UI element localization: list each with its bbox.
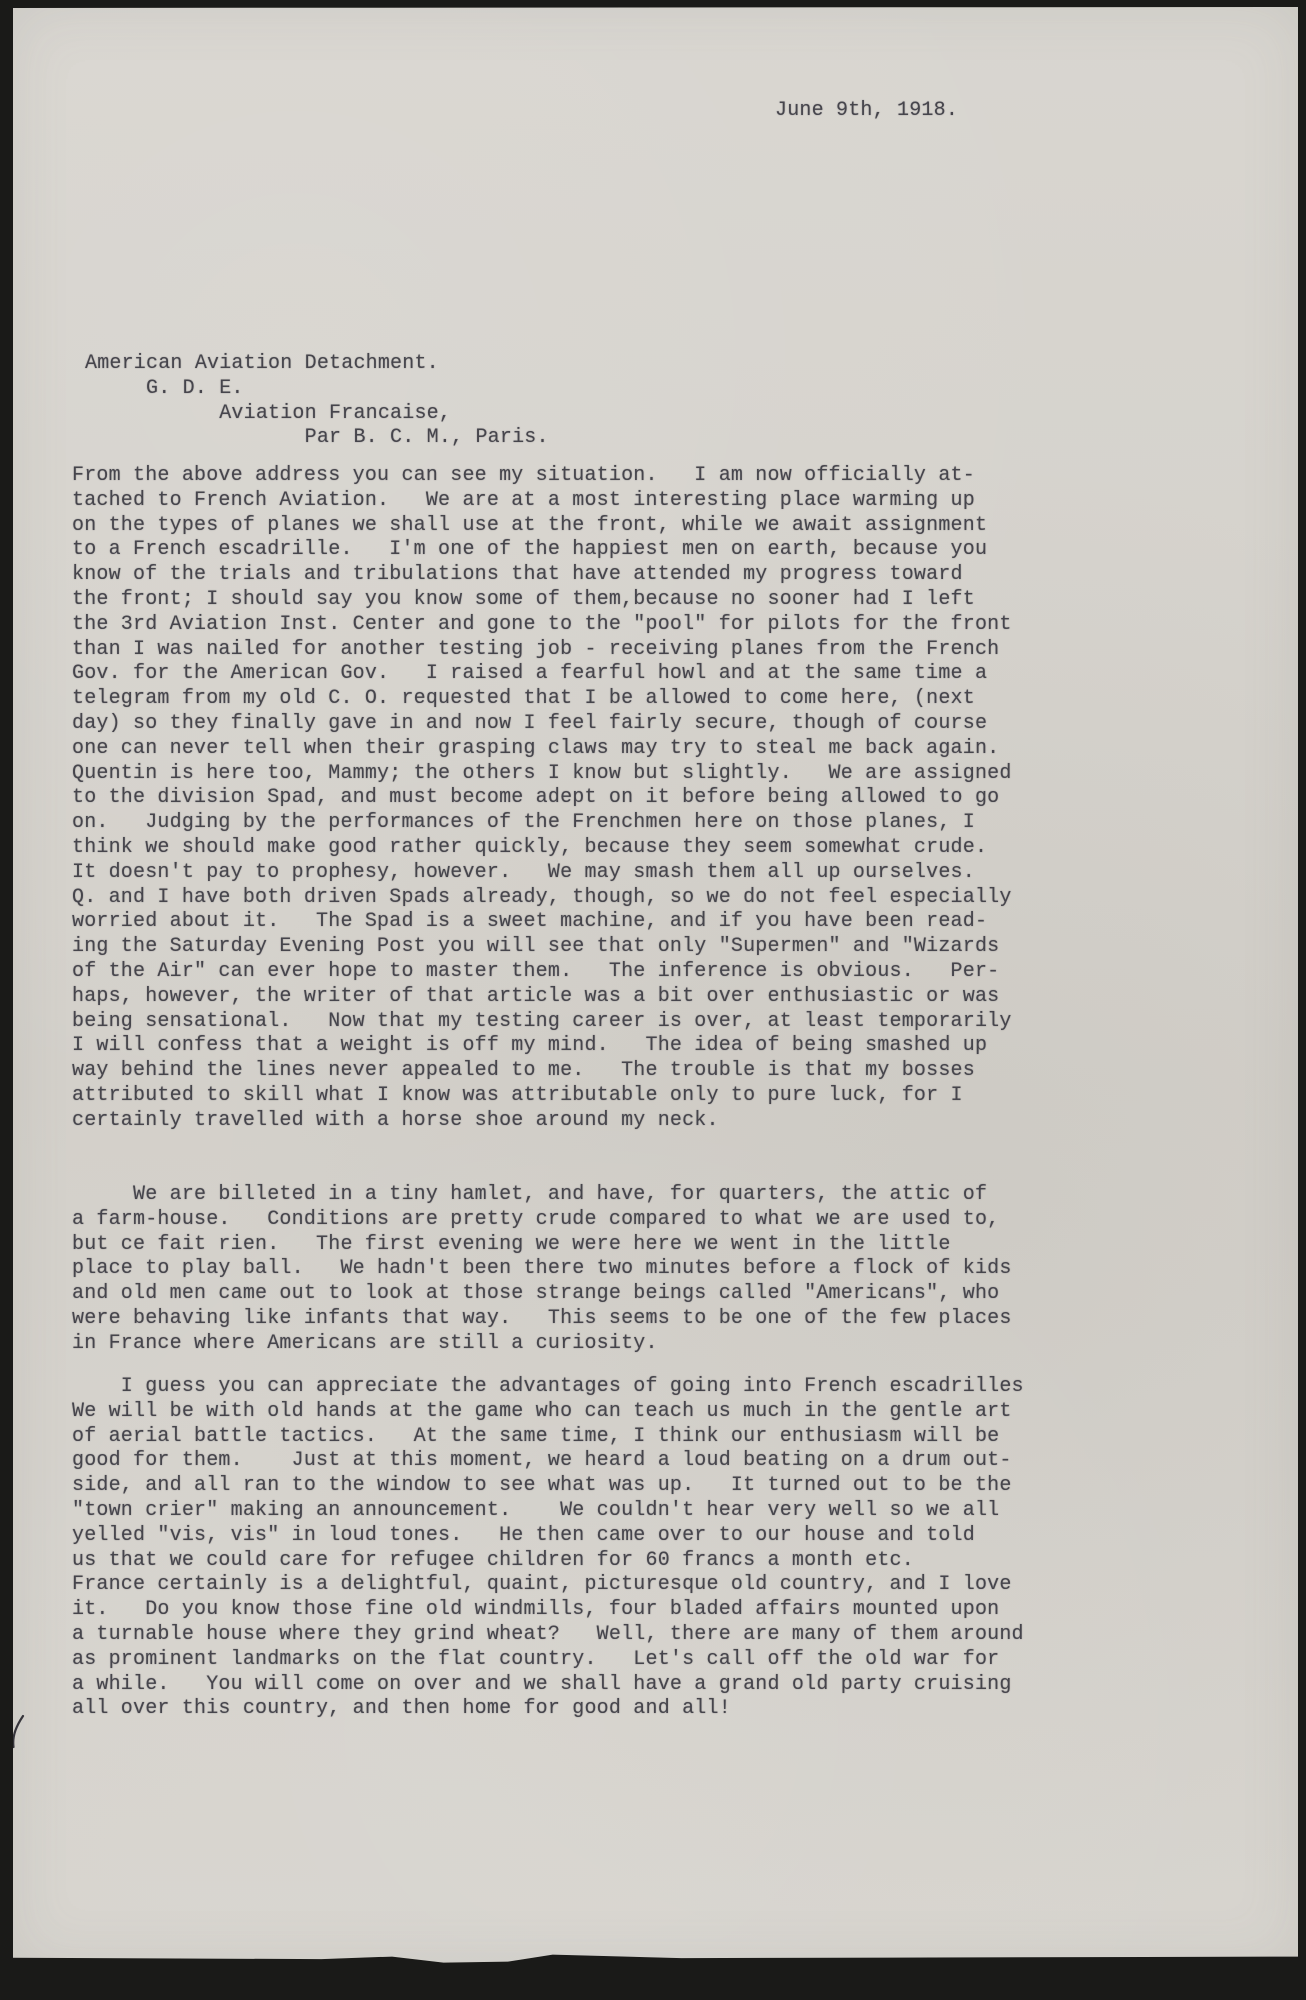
ink-mark: [10, 1713, 28, 1751]
letter-paragraph-3: I guess you can appreciate the advantage…: [72, 1375, 1024, 1722]
scan-background: June 9th, 1918. American Aviation Detach…: [0, 0, 1306, 2000]
letter-page: June 9th, 1918. American Aviation Detach…: [13, 7, 1298, 1964]
letter-paragraph-1: From the above address you can see my si…: [72, 464, 1012, 1134]
sender-address-block: American Aviation Detachment. G. D. E. A…: [85, 352, 549, 451]
letter-paragraph-2: We are billeted in a tiny hamlet, and ha…: [72, 1183, 1012, 1357]
letter-date: June 9th, 1918.: [775, 99, 958, 124]
